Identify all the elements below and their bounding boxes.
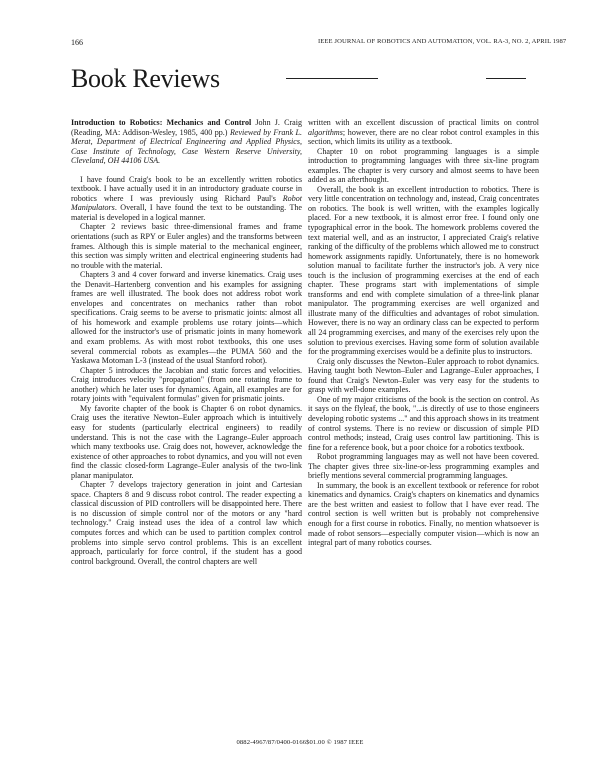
paragraph: Chapters 3 and 4 cover forward and inver… — [71, 270, 302, 365]
left-column: Introduction to Robotics: Mechanics and … — [71, 118, 302, 566]
paragraph: written with an excellent discussion of … — [308, 118, 539, 147]
paragraph: My favorite chapter of the book is Chapt… — [71, 404, 302, 480]
book-title: Introduction to Robotics: Mechanics and … — [71, 118, 251, 127]
review-citation: Introduction to Robotics: Mechanics and … — [71, 118, 302, 166]
paragraph: Chapter 2 reviews basic three-dimensiona… — [71, 222, 302, 270]
running-head: IEEE JOURNAL OF ROBOTICS AND AUTOMATION,… — [318, 38, 566, 45]
paragraph: Chapter 5 introduces the Jacobian and st… — [71, 366, 302, 404]
paragraph: Robot programming languages may as well … — [308, 452, 539, 481]
paragraph: I have found Craig's book to be an excel… — [71, 175, 302, 223]
right-column: written with an excellent discussion of … — [308, 118, 539, 548]
paragraph: Overall, the book is an excellent introd… — [308, 185, 539, 357]
paragraph: In summary, the book is an excellent tex… — [308, 481, 539, 548]
paragraph: Chapter 7 develops trajectory generation… — [71, 480, 302, 566]
footer-copyright: 0882-4967/87/0400-0166$01.00 © 1987 IEEE — [0, 739, 600, 746]
title-rule-left — [286, 78, 378, 79]
section-title: Book Reviews — [71, 64, 220, 94]
paragraph: Chapter 10 on robot programming language… — [308, 147, 539, 185]
paragraph: One of my major criticisms of the book i… — [308, 395, 539, 452]
title-rule-right — [486, 78, 526, 79]
page-number: 166 — [71, 38, 83, 47]
paragraph: Craig only discusses the Newton–Euler ap… — [308, 357, 539, 395]
